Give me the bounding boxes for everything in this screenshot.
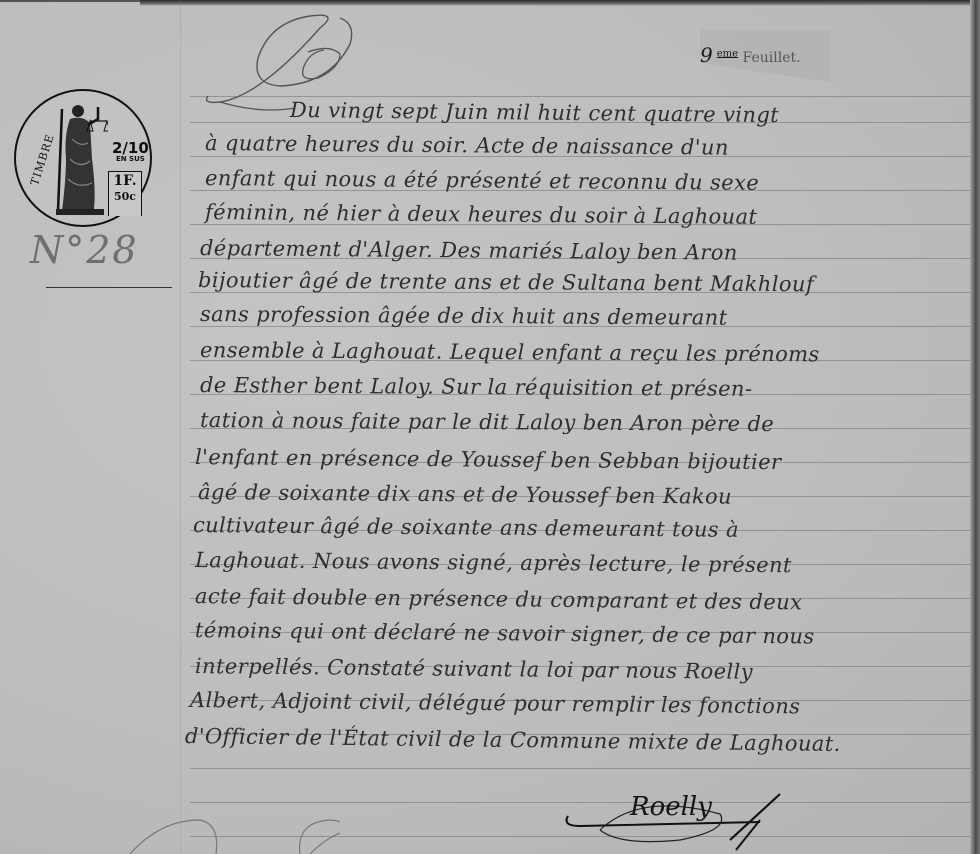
record-line: cultivateur âgé de soixante ans demeuran… — [193, 513, 739, 542]
act-number-underline — [46, 287, 172, 288]
record-line: d'Officier de l'État civil de la Commune… — [185, 724, 841, 756]
record-line: à quatre heures du soir. Acte de naissan… — [205, 131, 729, 160]
tax-stamp: TIMBRE 2/10 EN SUS 1F. 50c — [14, 89, 152, 227]
page-binding-edge — [970, 0, 980, 854]
justice-figure-icon — [52, 99, 108, 217]
officer-signature: Roelly — [630, 792, 712, 822]
page-top-edge — [140, 0, 980, 6]
register-page: TIMBRE 2/10 EN SUS 1F. 50c N°28 — [0, 0, 980, 854]
record-line: ensemble à Laghouat. Lequel enfant a reç… — [200, 338, 820, 366]
record-line: département d'Alger. Des mariés Laloy be… — [200, 236, 738, 265]
page-top-edge-left — [0, 0, 140, 2]
record-line: témoins qui ont déclaré ne savoir signer… — [195, 618, 815, 648]
record-line: Du vingt sept Juin mil huit cent quatre … — [290, 98, 779, 127]
act-number: N°28 — [30, 228, 139, 272]
record-line: Laghouat. Nous avons signé, après lectur… — [195, 548, 792, 577]
record-line: acte fait double en présence du comparan… — [195, 584, 803, 614]
record-line: tation à nous faite par le dit Laloy ben… — [200, 408, 774, 436]
ruled-line — [190, 768, 970, 769]
record-line: sans profession âgée de dix huit ans dem… — [200, 302, 728, 330]
stamp-price: 1F. 50c — [108, 171, 142, 216]
record-line: Albert, Adjoint civil, délégué pour remp… — [190, 688, 801, 718]
record-line: de Esther bent Laloy. Sur la réquisition… — [200, 373, 753, 401]
record-line: bijoutier âgé de trente ans et de Sultan… — [198, 268, 814, 296]
margin-fold-line — [180, 0, 181, 854]
feuillet-label: 9eme Feuillet. — [700, 43, 801, 67]
record-line: l'enfant en présence de Youssef ben Sebb… — [195, 445, 782, 474]
stamp-surcharge: 2/10 EN SUS — [112, 141, 149, 163]
record-line: interpellés. Constaté suivant la loi par… — [195, 654, 753, 684]
feuillet-number: 9 — [700, 43, 713, 67]
record-line: enfant qui nous a été présenté et reconn… — [205, 166, 759, 195]
record-line: âgé de soixante dix ans et de Youssef be… — [198, 480, 732, 509]
next-entry-initial — [60, 812, 340, 854]
record-line: féminin, né hier à deux heures du soir à… — [205, 200, 758, 229]
